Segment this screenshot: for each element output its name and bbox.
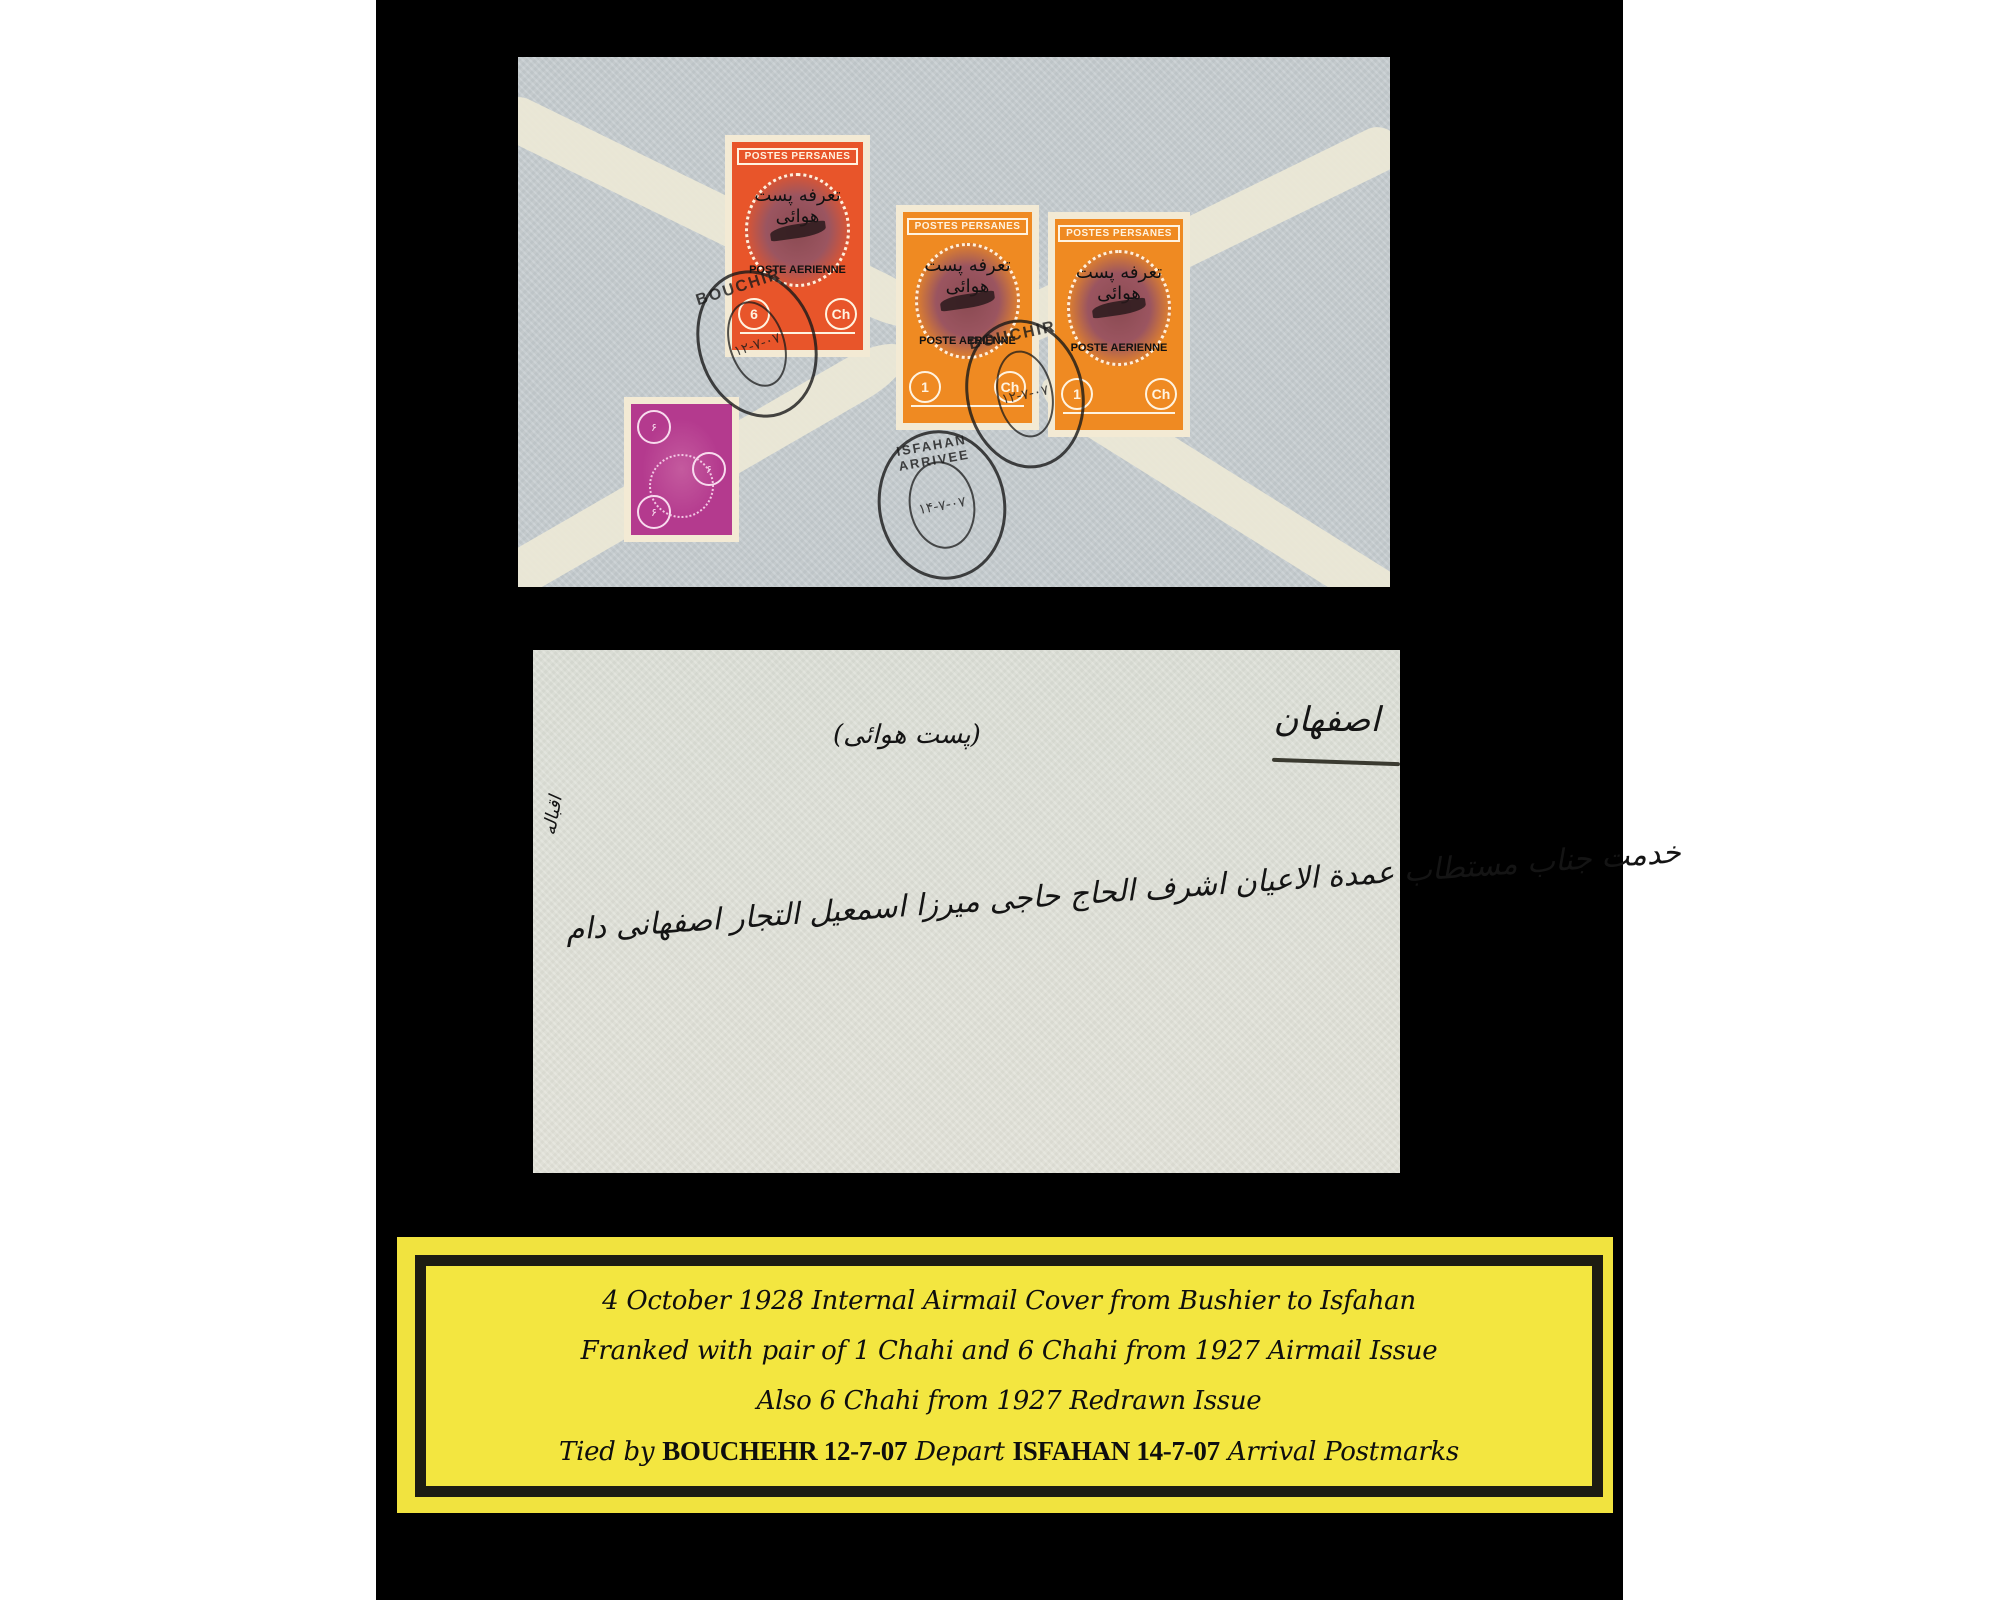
stamp-value-left: 1 — [909, 371, 941, 403]
stamp-overprint-arabic: تعرفه پست هوائی — [1070, 262, 1167, 304]
postmark-text: ISFAHAN ARRIVEE — [870, 427, 995, 478]
stamp-value-right: Ch — [825, 298, 857, 330]
caption-line-3: Also 6 Chahi from 1927 Redrawn Issue — [757, 1376, 1262, 1426]
city-underline — [1272, 758, 1400, 766]
stamp-value-right: Ch — [1145, 378, 1177, 410]
postmark-date: ۱۲-۷-۰۷ — [969, 375, 1082, 414]
stamp-header: POSTES PERSANES — [1058, 225, 1180, 242]
address-tail-handwriting: اقباله — [539, 794, 567, 837]
destination-city-handwriting: اصفهان — [1273, 700, 1380, 740]
caption-arrival: Arrival Postmarks — [1228, 1437, 1459, 1467]
caption-line-4: Tied by BOUCHEHR 12-7-07 Depart ISFAHAN … — [559, 1426, 1459, 1477]
caption-tied-by: Tied by — [559, 1437, 654, 1467]
stamp-redrawn-6-chahi: ۶ ۶ ۶ — [624, 397, 739, 542]
air-post-handwriting: (پست هوائی) — [833, 720, 981, 750]
stamp-corner-value: ۶ — [637, 410, 671, 444]
postmark-date: ۱۴-۷-۰۷ — [881, 487, 1004, 524]
cover-front: اصفهان (پست هوائی) خدمت جناب مستطاب عمدة… — [533, 650, 1400, 1173]
caption-line-2: Franked with pair of 1 Chahi and 6 Chahi… — [581, 1326, 1438, 1376]
stamp-overprint-latin: POSTE AERIENNE — [1065, 342, 1174, 354]
lion-emblem-icon: تعرفه پست هوائی POSTE AERIENNE — [1067, 250, 1170, 366]
stamp-overprint-arabic: تعرفه پست هوائی — [748, 185, 848, 227]
lion-and-sun-icon — [649, 454, 714, 518]
caption-line-1: 4 October 1928 Internal Airmail Cover fr… — [602, 1276, 1416, 1326]
stamp-overprint-arabic: تعرفه پست هوائی — [918, 255, 1016, 297]
cover-back: POSTES PERSANES تعرفه پست هوائی POSTE AE… — [518, 57, 1390, 587]
stamp-header: POSTES PERSANES — [907, 218, 1029, 235]
caption-depart: Depart — [915, 1437, 1004, 1467]
caption-label: 4 October 1928 Internal Airmail Cover fr… — [397, 1237, 1613, 1513]
caption-origin-postmark: BOUCHEHR 12-7-07 — [662, 1436, 907, 1466]
stamp-header: POSTES PERSANES — [737, 148, 859, 165]
caption-label-border: 4 October 1928 Internal Airmail Cover fr… — [415, 1255, 1603, 1497]
postmark-date: ۱۲-۷-۰۷ — [702, 320, 813, 370]
caption-destination-postmark: ISFAHAN 14-7-07 — [1013, 1436, 1220, 1466]
